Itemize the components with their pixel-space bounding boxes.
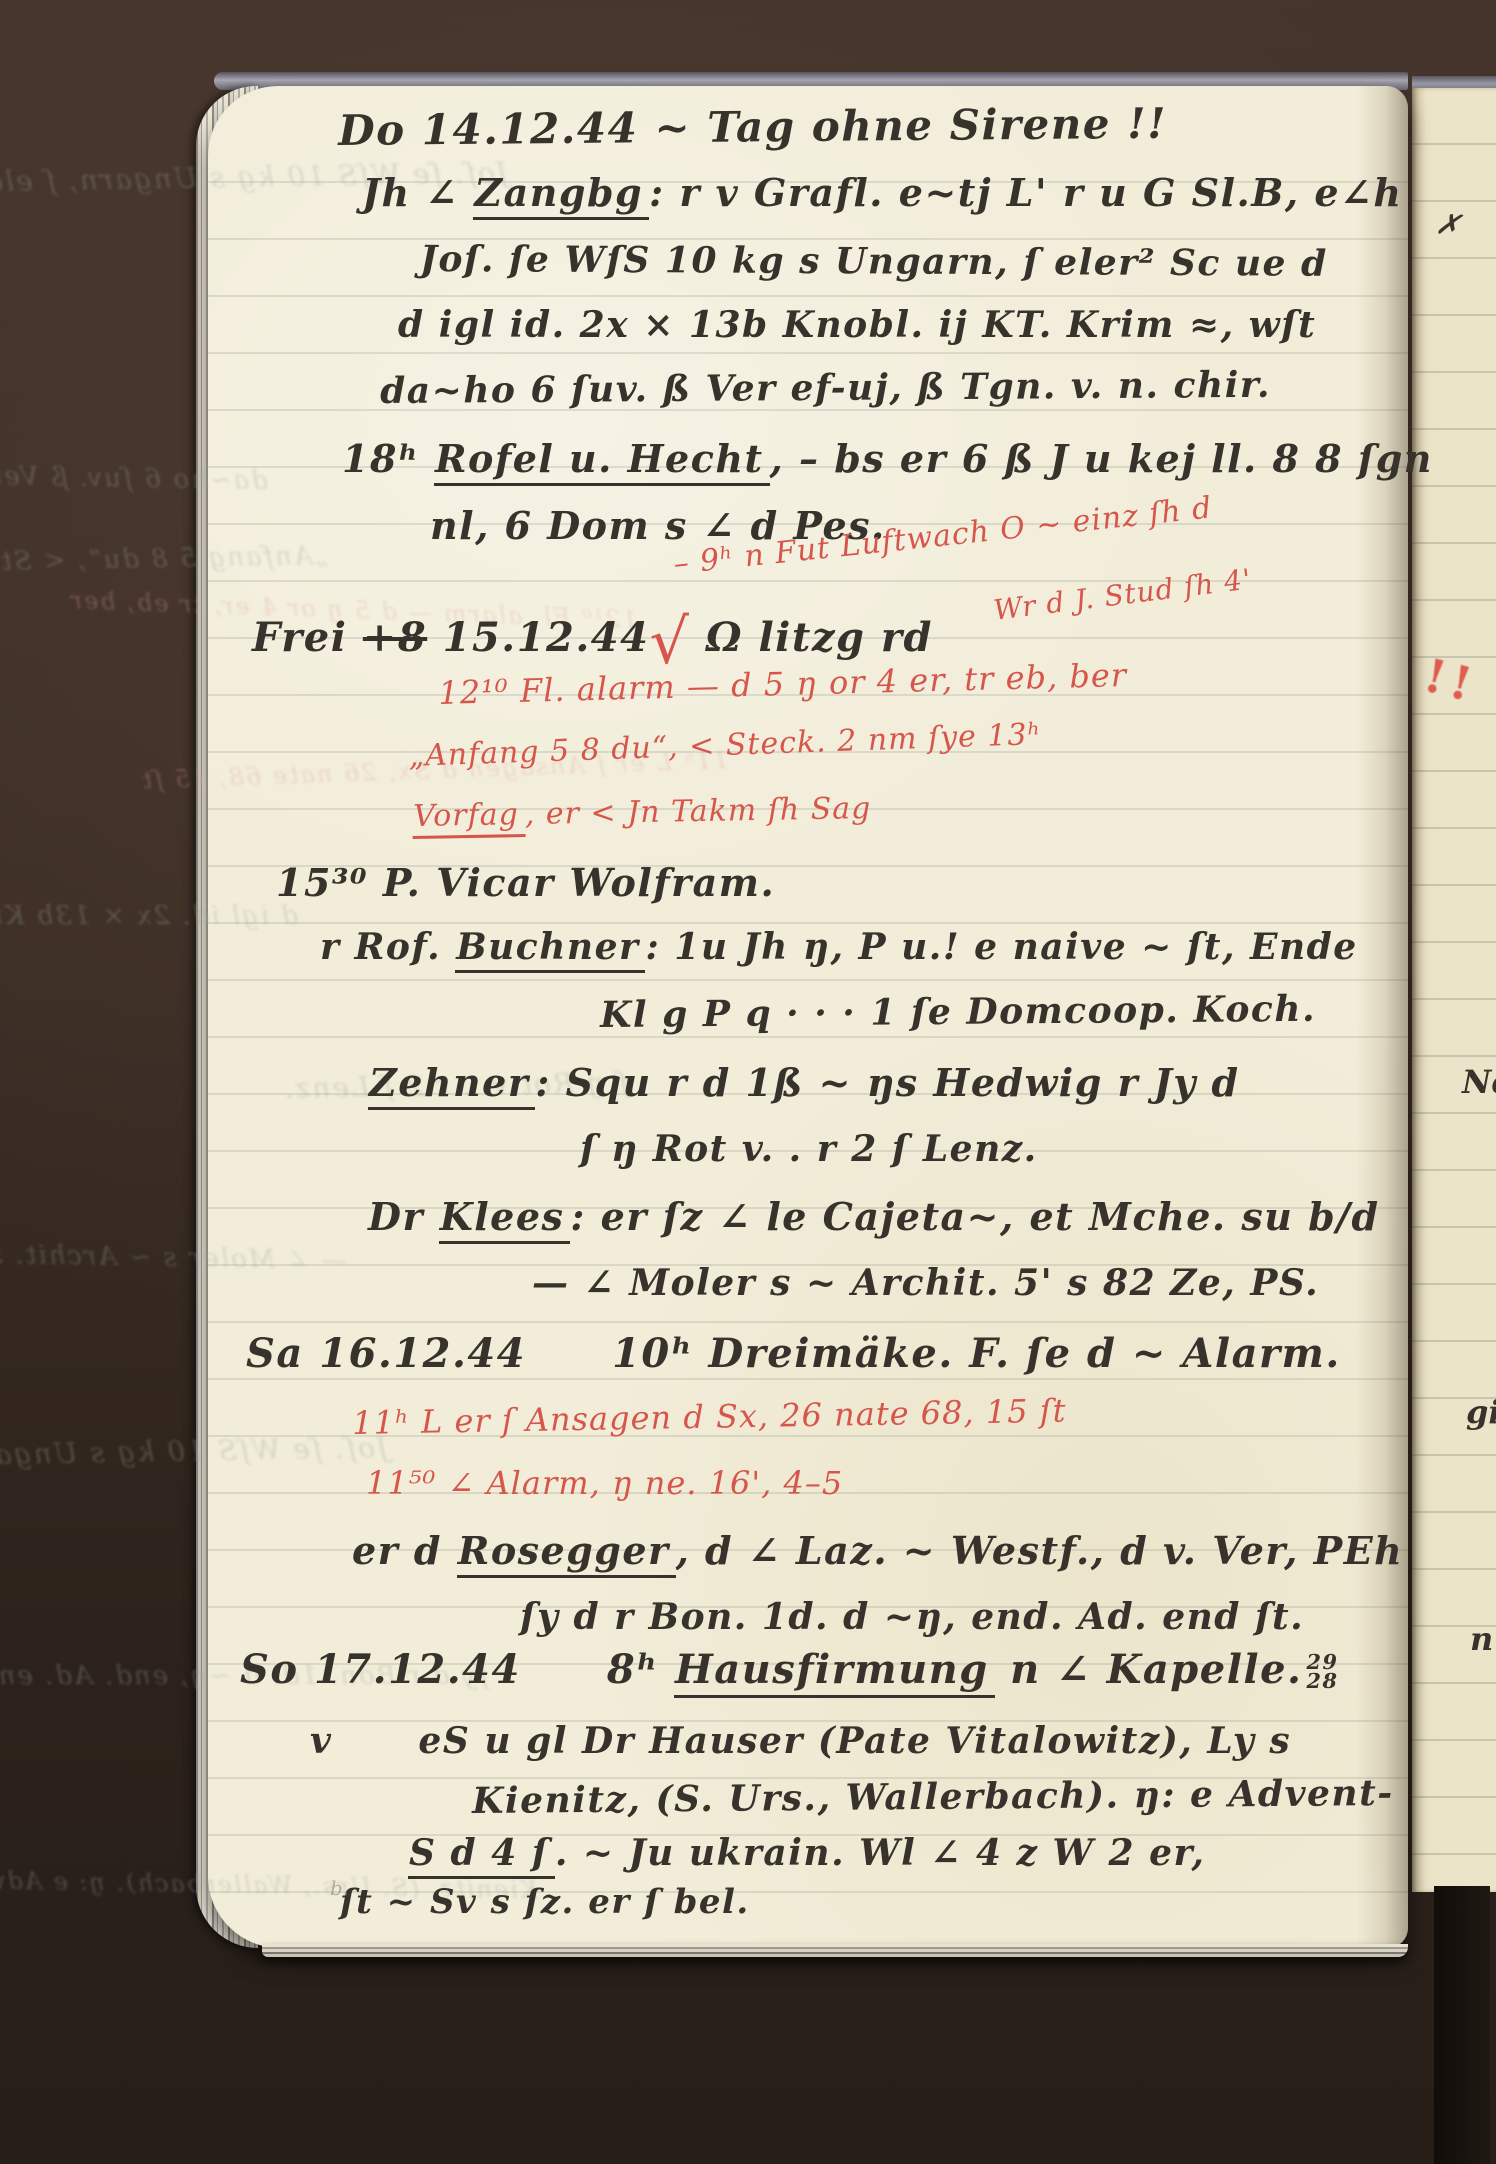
text-run: d igl id. 2x × 13b Knobl. ij KT. Krim ≈,… <box>398 304 1316 346</box>
entry-line: Jh ∠ Zangbg: r v Grafl. e~tj L' r u G Sl… <box>362 172 1403 214</box>
underlined-word: Vorfag <box>412 797 525 839</box>
stacked-correction-numbers: 2928 <box>1306 1653 1338 1690</box>
time-label: 18ʰ <box>342 436 434 481</box>
entry-line: Kl g P q · · · 1 ſe Domcoop. Koch. <box>600 990 1316 1036</box>
underlined-name: Buchner <box>455 926 645 973</box>
text-run: ſ ŋ Rot v. . r 2 ſ Lenz. <box>580 1128 1038 1170</box>
entry-line: ſt ~ Sv s ſz. er ſ bel. <box>340 1884 750 1921</box>
check-mark: v <box>310 1720 332 1762</box>
heading-text: So 17.12.44 <box>240 1646 521 1693</box>
text-run: r Rof. <box>320 926 455 968</box>
bleedthrough-ghost-text: d igl id. 2x × 13b Knobl. ij KT. Krim ≈,… <box>0 901 298 931</box>
facing-page-ink-fragment: gi <box>1466 1393 1496 1431</box>
entry-line: ſy d r Bon. 1d. d ~ŋ, end. Ad. end ſt. <box>520 1598 1304 1638</box>
text-run: : 1u Jh ŋ, P u.! e naive ~ ſt, Ende <box>645 926 1357 968</box>
text-run: er d <box>352 1528 457 1573</box>
text-run: Dr <box>368 1194 439 1239</box>
text-run: 10ʰ Dreimäke. F. ſe d ~ Alarm. <box>612 1330 1341 1377</box>
entry-line: 15³⁰ P. Vicar Wolfram. <box>276 862 775 904</box>
underlined-text: S d 4 ſ <box>408 1832 555 1879</box>
text-run: n ∠ Kapelle. <box>995 1646 1303 1693</box>
facing-page-sliver: ✗ !! Ne gi n nl, 6 Dom s ∠ d Pes. <box>1412 88 1496 1892</box>
entry-heading-do-14-12-44: Do 14.12.44 ~ Tag ohne Sirene !! <box>338 101 1167 154</box>
facing-page-ink-fragment: Ne <box>1462 1063 1496 1101</box>
text-run: ſy d r Bon. 1d. d ~ŋ, end. Ad. end ſt. <box>520 1596 1304 1638</box>
entry-line: Joſ. ſe WſS 10 kg s Ungarn, ſ eler² Sc u… <box>420 240 1328 284</box>
text-run: 15³⁰ P. Vicar Wolfram. <box>276 860 775 905</box>
entry-line: 18ʰ Rofel u. Hecht, – bs er 6 ß J u kej … <box>342 438 1433 480</box>
struck-text: +8 <box>363 614 427 661</box>
underlined-name: Zangbg <box>473 170 649 220</box>
heading-text: Frei <box>252 614 363 661</box>
text-run: , – bs er 6 ß J u kej ll. 8 8 ſgn <box>770 436 1433 481</box>
red-annotation-line: 11⁵⁰ ∠ Alarm, ŋ ne. 16', 4–5 <box>366 1466 843 1501</box>
underlined-name: Rofel u. Hecht <box>434 436 770 486</box>
facing-page-red-exclamation: !! <box>1419 648 1483 713</box>
underlined-name: Rosegger <box>457 1528 676 1578</box>
entry-line: r Rof. Buchner: 1u Jh ŋ, P u.! e naive ~… <box>320 928 1358 968</box>
text-run: : er ſz ∠ le Cajeta~, et Mche. su b/d <box>570 1194 1379 1239</box>
text-run: eS u gl Dr Hauser (Pate Vitalowitz), Ly … <box>418 1720 1291 1762</box>
heading-text: Sa 16.12.44 <box>246 1330 526 1377</box>
text-run: Kienitz, (S. Urs., Wallerbach). ŋ: e Adv… <box>472 1772 1394 1822</box>
facing-page-cross-mark: ✗ <box>1433 206 1463 244</box>
text-run: Joſ. ſe WſS 10 kg s Ungarn, ſ eler² Sc u… <box>420 238 1328 285</box>
entry-heading-so-17-12-44: So 17.12.448ʰ Hausfirmung n ∠ Kapelle.29… <box>240 1648 1338 1692</box>
number-bottom: 28 <box>1306 1672 1338 1691</box>
text-run: : r v Grafl. e~tj L' r u G Sl.B, e∠h <box>649 170 1402 215</box>
page-gutter-shadow <box>1356 86 1408 1948</box>
pencil-mark: b. <box>330 1876 349 1900</box>
time-label: 8ʰ <box>607 1646 674 1693</box>
entry-line: d igl id. 2x × 13b Knobl. ij KT. Krim ≈,… <box>398 306 1316 346</box>
underlined-name: Klees <box>439 1194 571 1244</box>
text-run: ſt ~ Sv s ſz. er ſ bel. <box>340 1882 750 1922</box>
text-run: 11⁵⁰ ∠ Alarm, ŋ ne. 16', 4–5 <box>366 1464 843 1502</box>
heading-text: Do 14.12.44 ~ Tag ohne Sirene !! <box>338 99 1167 155</box>
underlined-name: Zehner <box>368 1060 535 1110</box>
entry-line: ſ ŋ Rot v. . r 2 ſ Lenz. <box>580 1130 1038 1170</box>
heading-text: 15.12.44 <box>427 614 649 661</box>
entry-line: veS u gl Dr Hauser (Pate Vitalowitz), Ly… <box>310 1722 1291 1762</box>
entry-line: Dr Klees: er ſz ∠ le Cajeta~, et Mche. s… <box>368 1196 1380 1238</box>
entry-line: er d Rosegger, d ∠ Laz. ~ Westf., d v. V… <box>352 1530 1403 1572</box>
page-stack-bottom-edges <box>262 1944 1408 1957</box>
text-run: : Squ r d 1ß ~ ŋs Hedwig r Jy d <box>535 1060 1239 1105</box>
entry-line: S d 4 ſ. ~ Ju ukrain. Wl ∠ 4 z W 2 er, <box>408 1834 1205 1874</box>
text-run: . ~ Ju ukrain. Wl ∠ 4 z W 2 er, <box>555 1832 1206 1874</box>
text-run: Ω litzg rd <box>691 614 933 661</box>
red-annotation-line: Vorfag, er < Jn Takm ſh Sag <box>412 792 872 833</box>
entry-heading-sa-16-12-44: Sa 16.12.4410ʰ Dreimäke. F. ſe d ~ Alarm… <box>246 1332 1341 1376</box>
entry-line: Zehner: Squ r d 1ß ~ ŋs Hedwig r Jy d <box>368 1062 1240 1104</box>
text-run: da~ho 6 ſuv. ß Ver ef-uj, ß Tgn. v. n. c… <box>380 364 1271 412</box>
text-run: , d ∠ Laz. ~ Westf., d v. Ver, PEh <box>676 1528 1404 1573</box>
text-run: — ∠ Moler s ~ Archit. 5' s 82 Ze, PS. <box>532 1262 1319 1304</box>
entry-line: Kienitz, (S. Urs., Wallerbach). ŋ: e Adv… <box>472 1774 1394 1822</box>
book-cover-edge <box>1434 1886 1490 2164</box>
diary-photo: ✗ !! Ne gi n nl, 6 Dom s ∠ d Pes. Joſ. ſ… <box>0 0 1496 2164</box>
text-run: Jh ∠ <box>362 170 473 215</box>
entry-line: da~ho 6 ſuv. ß Ver ef-uj, ß Tgn. v. n. c… <box>380 366 1271 412</box>
underlined-name: Hausfirmung <box>674 1646 995 1698</box>
entry-line: — ∠ Moler s ~ Archit. 5' s 82 Ze, PS. <box>532 1264 1319 1304</box>
text-run: , er < Jn Takm ſh Sag <box>524 791 871 832</box>
facing-page-ink-fragment: n <box>1470 1620 1493 1658</box>
text-run: Kl g P q · · · 1 ſe Domcoop. Koch. <box>600 988 1316 1036</box>
